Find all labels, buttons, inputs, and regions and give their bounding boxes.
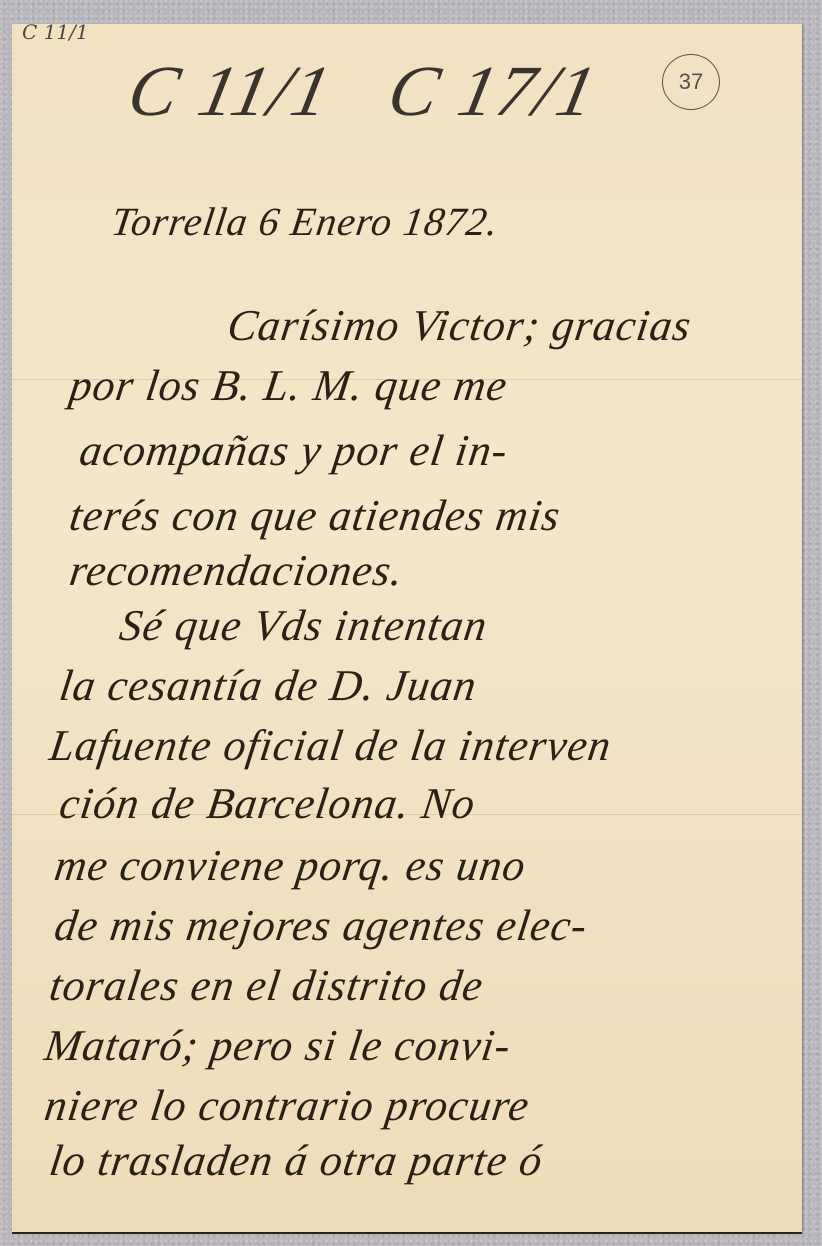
letter-line-8: Lafuente oficial de la interven — [46, 720, 614, 771]
letter-line-9: ción de Barcelona. No — [56, 778, 478, 829]
letter-line-7: la cesantía de D. Juan — [56, 660, 480, 711]
letter-line-11: de mis mejores agentes elec- — [51, 900, 590, 951]
corner-pencil-mark: C 11/1 — [22, 20, 89, 44]
dateline: Torrella 6 Enero 1872. — [109, 198, 502, 245]
letter-line-10: me conviene porq. es uno — [51, 840, 529, 891]
header-mark-1: C 11/1 — [121, 50, 339, 133]
letter-line-5: recomendaciones. — [66, 545, 406, 596]
letter-line-1: Carísimo Victor; gracias — [224, 300, 694, 351]
folio-number: 37 — [679, 69, 703, 95]
letter-line-14: niere lo contrario procure — [41, 1080, 532, 1131]
letter-line-2: por los B. L. M. que me — [66, 360, 510, 411]
letter-line-12: torales en el distrito de — [46, 960, 486, 1011]
letter-line-13: Mataró; pero si le convi- — [41, 1020, 514, 1071]
header-mark-2: C 17/1 — [381, 50, 605, 133]
folio-number-badge: 37 — [662, 54, 720, 110]
letter-line-6: Sé que Vds intentan — [116, 600, 490, 651]
letter-line-15: lo trasladen á otra parte ó — [46, 1135, 546, 1186]
letter-line-3: acompañas y por el in- — [76, 425, 511, 476]
letter-line-4: terés con que atiendes mis — [66, 490, 564, 541]
